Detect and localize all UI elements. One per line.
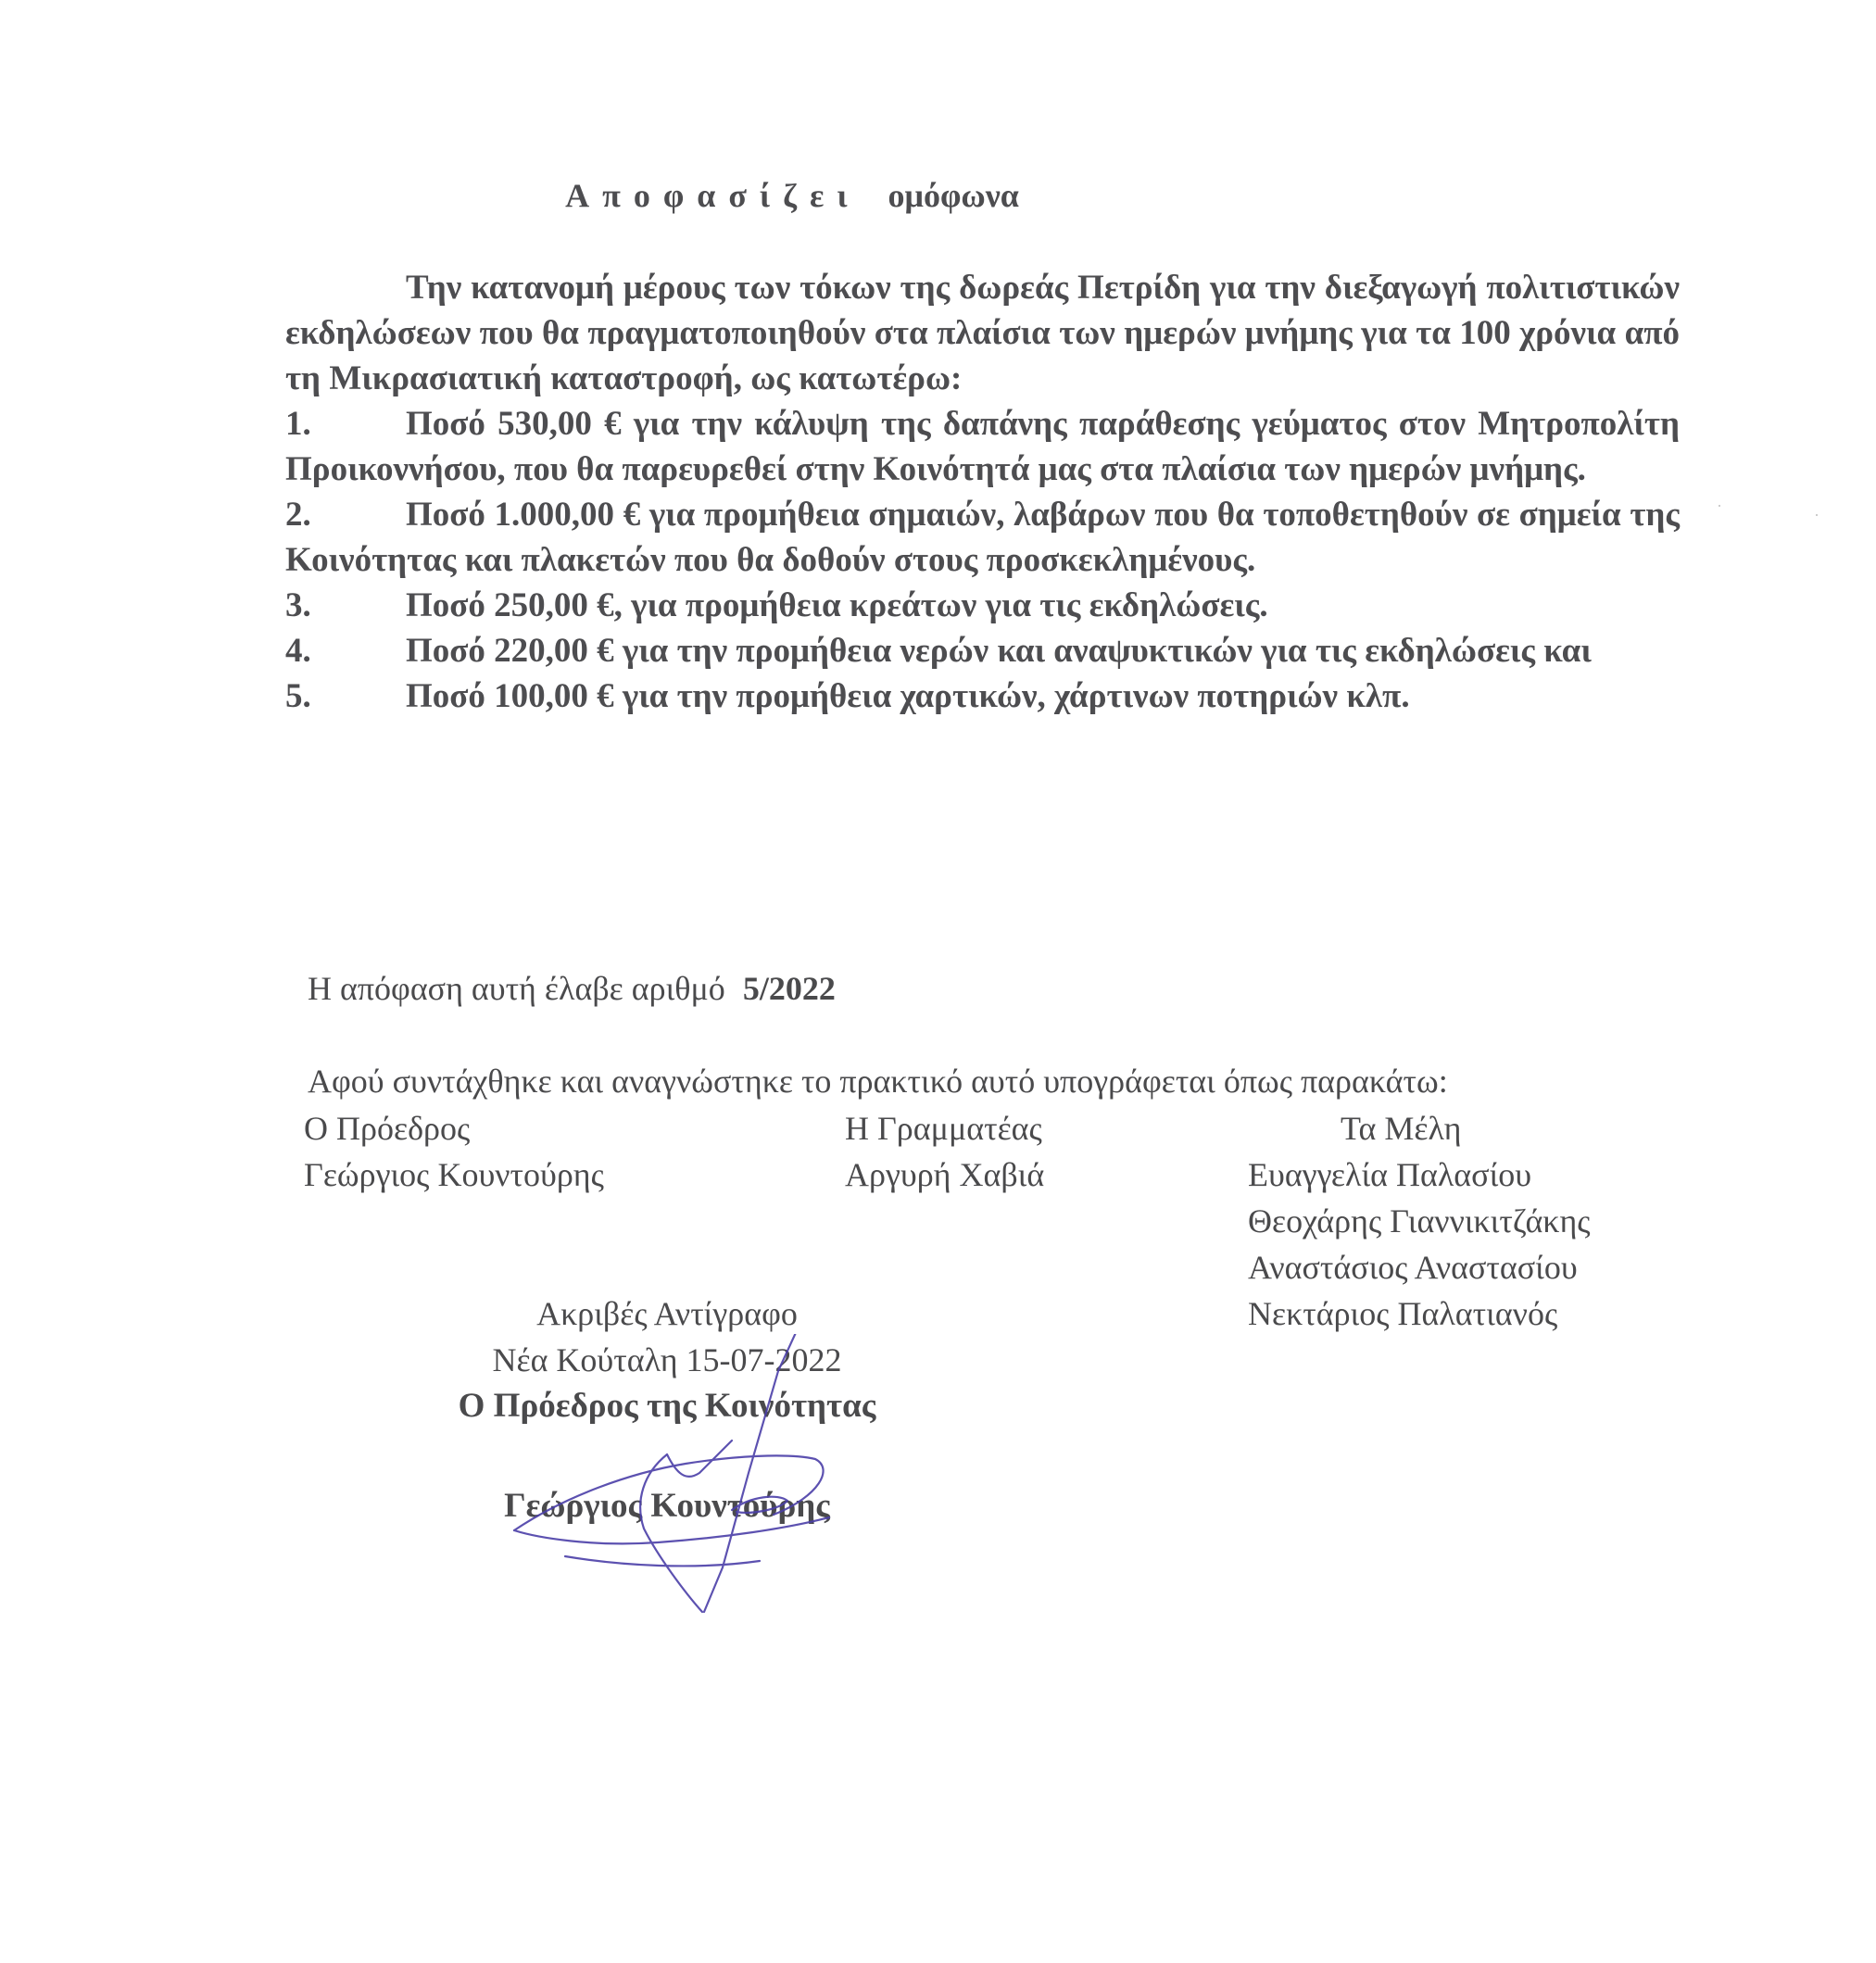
decision-number-line: Η απόφαση αυτή έλαβε αριθμό 5/2022: [308, 969, 836, 1008]
members-title: Τα Μέλη: [1248, 1105, 1591, 1151]
member-name: Ευαγγελία Παλασίου: [1248, 1151, 1591, 1198]
signoff-statement: Αφού συντάχθηκε και αναγνώστηκε το πρακτ…: [308, 1062, 1448, 1101]
secretary-title: Η Γραμματέας: [845, 1105, 1044, 1151]
decision-heading: Αποφασίζειομόφωνα: [0, 176, 1584, 215]
secretary-block: Η Γραμματέας Αργυρή Χαβιά: [845, 1105, 1044, 1198]
list-item: 4.Ποσό 220,00 € για την προμήθεια νερών …: [285, 628, 1680, 673]
certified-copy-label: Ακριβές Αντίγραφο: [389, 1290, 945, 1337]
members-block: Τα Μέλη Ευαγγελία Παλασίου Θεοχάρης Γιαν…: [1248, 1105, 1591, 1337]
president-name: Γεώργιος Κουντούρης: [304, 1151, 604, 1198]
decision-body: Την κατανομή μέρους των τόκων της δωρεάς…: [285, 265, 1680, 719]
list-item: 3.Ποσό 250,00 €, για προμήθεια κρεάτων γ…: [285, 583, 1680, 628]
list-item: 5.Ποσό 100,00 € για την προμήθεια χαρτικ…: [285, 673, 1680, 719]
list-item: 1.Ποσό 530,00 € για την κάλυψη της δαπάν…: [285, 401, 1680, 492]
allocation-list: 1.Ποσό 530,00 € για την κάλυψη της δαπάν…: [285, 401, 1680, 719]
signature-scribble-icon: [454, 1334, 936, 1640]
decision-label: Η απόφαση αυτή έλαβε αριθμό: [308, 970, 725, 1007]
intro-paragraph: Την κατανομή μέρους των τόκων της δωρεάς…: [285, 265, 1680, 401]
secretary-name: Αργυρή Χαβιά: [845, 1151, 1044, 1198]
heading-word-decides: Αποφασίζει: [565, 177, 860, 214]
decision-number: 5/2022: [743, 970, 836, 1007]
member-name: Θεοχάρης Γιαννικιτζάκης: [1248, 1198, 1591, 1244]
member-name: Αναστάσιος Αναστασίου: [1248, 1244, 1591, 1290]
list-item: 2.Ποσό 1.000,00 € για προμήθεια σημαιών,…: [285, 492, 1680, 583]
president-title: Ο Πρόεδρος: [304, 1105, 604, 1151]
heading-word-unanimously: ομόφωνα: [888, 177, 1019, 214]
member-name: Νεκτάριος Παλατιανός: [1248, 1290, 1591, 1337]
president-block: Ο Πρόεδρος Γεώργιος Κουντούρης: [304, 1105, 604, 1198]
